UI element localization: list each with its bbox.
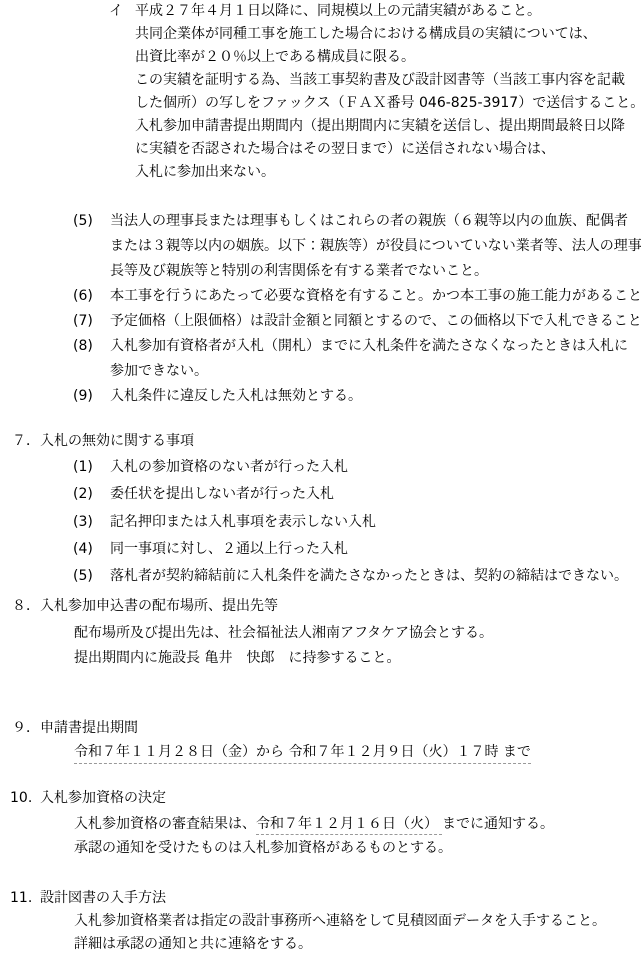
intro-line: 入札に参加出来ない。 bbox=[135, 161, 641, 184]
condition-number: (9) bbox=[73, 384, 93, 409]
item-number: (1) bbox=[73, 454, 93, 481]
section-number: ７． bbox=[12, 433, 40, 449]
intro-line: 出資比率が２０％以上である構成員に限る。 bbox=[135, 46, 641, 69]
condition-line: 予定価格（上限価格）は設計金額と同額とするので、この価格以下で入札できること。 bbox=[110, 309, 639, 334]
item-text: 入札の参加資格のない者が行った入札 bbox=[110, 454, 639, 481]
condition-item-8: (8) 入札参加有資格者が入札（開札）までに入札条件を満たさなくなったときは入札… bbox=[73, 334, 639, 384]
notification-suffix: までに通知する。 bbox=[442, 816, 554, 832]
item-text: 委任状を提出しない者が行った入札 bbox=[110, 481, 639, 508]
item-number: (2) bbox=[73, 481, 93, 508]
section-10-body: 入札参加資格の審査結果は、令和７年１２月１６日（火）までに通知する。 承認の通知… bbox=[74, 812, 554, 860]
section-10-heading: 10.入札参加資格の決定 bbox=[10, 790, 166, 806]
submission-period-text: 令和７年１１月２８日（金）から 令和７年１２月９日（火）１７時 まで bbox=[74, 744, 531, 764]
body-line: 入札参加資格業者は指定の設計事務所へ連絡をして見積図面データを入手すること。 bbox=[74, 910, 606, 933]
body-line: 詳細は承認の通知と共に連絡をする。 bbox=[74, 933, 606, 955]
item-number: (4) bbox=[73, 536, 93, 563]
condition-line: 入札参加有資格者が入札（開札）までに入札条件を満たさなくなったときは入札に bbox=[110, 334, 639, 359]
section-number: ８． bbox=[12, 598, 40, 614]
section-title: 入札の無効に関する事項 bbox=[40, 433, 194, 449]
condition-item-5: (5) 当法人の理事長または理事もしくはこれらの者の親族（６親等以内の血族、配偶… bbox=[73, 209, 639, 284]
section-title: 入札参加資格の決定 bbox=[40, 790, 166, 806]
intro-item-marker: イ bbox=[109, 0, 123, 23]
invalid-bid-item: (4) 同一事項に対し、２通以上行った入札 bbox=[73, 536, 639, 563]
condition-number: (8) bbox=[73, 334, 93, 359]
item-text: 落札者が契約締結前に入札条件を満たさなかったときは、契約の締結はできない。 bbox=[110, 563, 639, 590]
section-number: ９． bbox=[12, 720, 40, 736]
invalid-bid-item: (5) 落札者が契約締結前に入札条件を満たさなかったときは、契約の締結はできない… bbox=[73, 563, 639, 590]
conditions-list: (5) 当法人の理事長または理事もしくはこれらの者の親族（６親等以内の血族、配偶… bbox=[73, 209, 639, 409]
condition-line: 長等及び親族等と特別の利害関係を有する業者でないこと。 bbox=[110, 259, 639, 284]
intro-line: この実績を証明する為、当該工事契約書及び設計図書等（当該工事内容を記載 bbox=[135, 69, 641, 92]
body-line: 入札参加資格の審査結果は、令和７年１２月１６日（火）までに通知する。 bbox=[74, 812, 554, 836]
condition-line: 参加できない。 bbox=[110, 359, 639, 384]
intro-line: 共同企業体が同種工事を施工した場合における構成員の実績については、 bbox=[135, 23, 641, 46]
item-text: 記名押印または入札事項を表示しない入札 bbox=[110, 509, 639, 536]
condition-line: または３親等以内の姻族。以下：親族等）が役員についていない業者等、法人の理事 bbox=[110, 234, 639, 259]
body-line: 配布場所及び提出先は、社会福祉法人湘南アフタケア協会とする。 bbox=[74, 621, 493, 646]
section-9-heading: ９．申請書提出期間 bbox=[12, 720, 138, 736]
condition-number: (7) bbox=[73, 309, 93, 334]
section-11-heading: 11.設計図書の入手方法 bbox=[10, 890, 166, 906]
section-11-body: 入札参加資格業者は指定の設計事務所へ連絡をして見積図面データを入手すること。 詳… bbox=[74, 910, 606, 955]
section-number: 10. bbox=[10, 790, 40, 806]
invalid-bid-item: (2) 委任状を提出しない者が行った入札 bbox=[73, 481, 639, 508]
section-title: 入札参加申込書の配布場所、提出先等 bbox=[40, 598, 278, 614]
condition-line: 当法人の理事長または理事もしくはこれらの者の親族（６親等以内の血族、配偶者 bbox=[110, 209, 639, 234]
section-7-heading: ７．入札の無効に関する事項 bbox=[12, 433, 194, 449]
condition-item-6: (6) 本工事を行うにあたって必要な資格を有すること。かつ本工事の施工能力がある… bbox=[73, 284, 639, 309]
section-7-items: (1) 入札の参加資格のない者が行った入札 (2) 委任状を提出しない者が行った… bbox=[73, 454, 639, 590]
intro-line: 平成２７年４月１日以降に、同規模以上の元請実績があること。 bbox=[135, 0, 641, 23]
document-page: イ 平成２７年４月１日以降に、同規模以上の元請実績があること。 共同企業体が同種… bbox=[0, 0, 641, 955]
section-8-heading: ８．入札参加申込書の配布場所、提出先等 bbox=[12, 598, 278, 614]
section-number: 11. bbox=[10, 890, 40, 906]
intro-line: した個所）の写しをファックス（ＦＡＸ番号 046-825-3917）で送信するこ… bbox=[135, 92, 641, 115]
item-text: 同一事項に対し、２通以上行った入札 bbox=[110, 536, 639, 563]
body-line: 提出期間内に施設長 亀井 快郎 に持参すること。 bbox=[74, 646, 493, 671]
body-line: 承認の通知を受けたものは入札参加資格があるものとする。 bbox=[74, 836, 554, 860]
section-title: 設計図書の入手方法 bbox=[40, 890, 166, 906]
condition-line: 入札条件に違反した入札は無効とする。 bbox=[110, 384, 639, 409]
intro-line: 入札参加申請書提出期間内（提出期間内に実績を送信し、提出期間最終日以降 bbox=[135, 115, 641, 138]
section-9-body: 令和７年１１月２８日（金）から 令和７年１２月９日（火）１７時 まで bbox=[74, 744, 531, 764]
condition-number: (5) bbox=[73, 209, 93, 234]
condition-number: (6) bbox=[73, 284, 93, 309]
condition-item-7: (7) 予定価格（上限価格）は設計金額と同額とするので、この価格以下で入札できる… bbox=[73, 309, 639, 334]
condition-item-9: (9) 入札条件に違反した入札は無効とする。 bbox=[73, 384, 639, 409]
notification-prefix: 入札参加資格の審査結果は、 bbox=[74, 816, 256, 832]
section-8-body: 配布場所及び提出先は、社会福祉法人湘南アフタケア協会とする。 提出期間内に施設長… bbox=[74, 621, 493, 670]
invalid-bid-item: (3) 記名押印または入札事項を表示しない入札 bbox=[73, 509, 639, 536]
item-number: (5) bbox=[73, 563, 93, 590]
intro-line: に実績を否認された場合はその翌日まで）に送信されない場合は、 bbox=[135, 138, 641, 161]
invalid-bid-item: (1) 入札の参加資格のない者が行った入札 bbox=[73, 454, 639, 481]
notification-date: 令和７年１２月１６日（火） bbox=[256, 816, 442, 835]
section-title: 申請書提出期間 bbox=[40, 720, 138, 736]
intro-item-block: 平成２７年４月１日以降に、同規模以上の元請実績があること。 共同企業体が同種工事… bbox=[135, 0, 641, 184]
condition-line: 本工事を行うにあたって必要な資格を有すること。かつ本工事の施工能力があること。 bbox=[110, 284, 639, 309]
item-number: (3) bbox=[73, 509, 93, 536]
